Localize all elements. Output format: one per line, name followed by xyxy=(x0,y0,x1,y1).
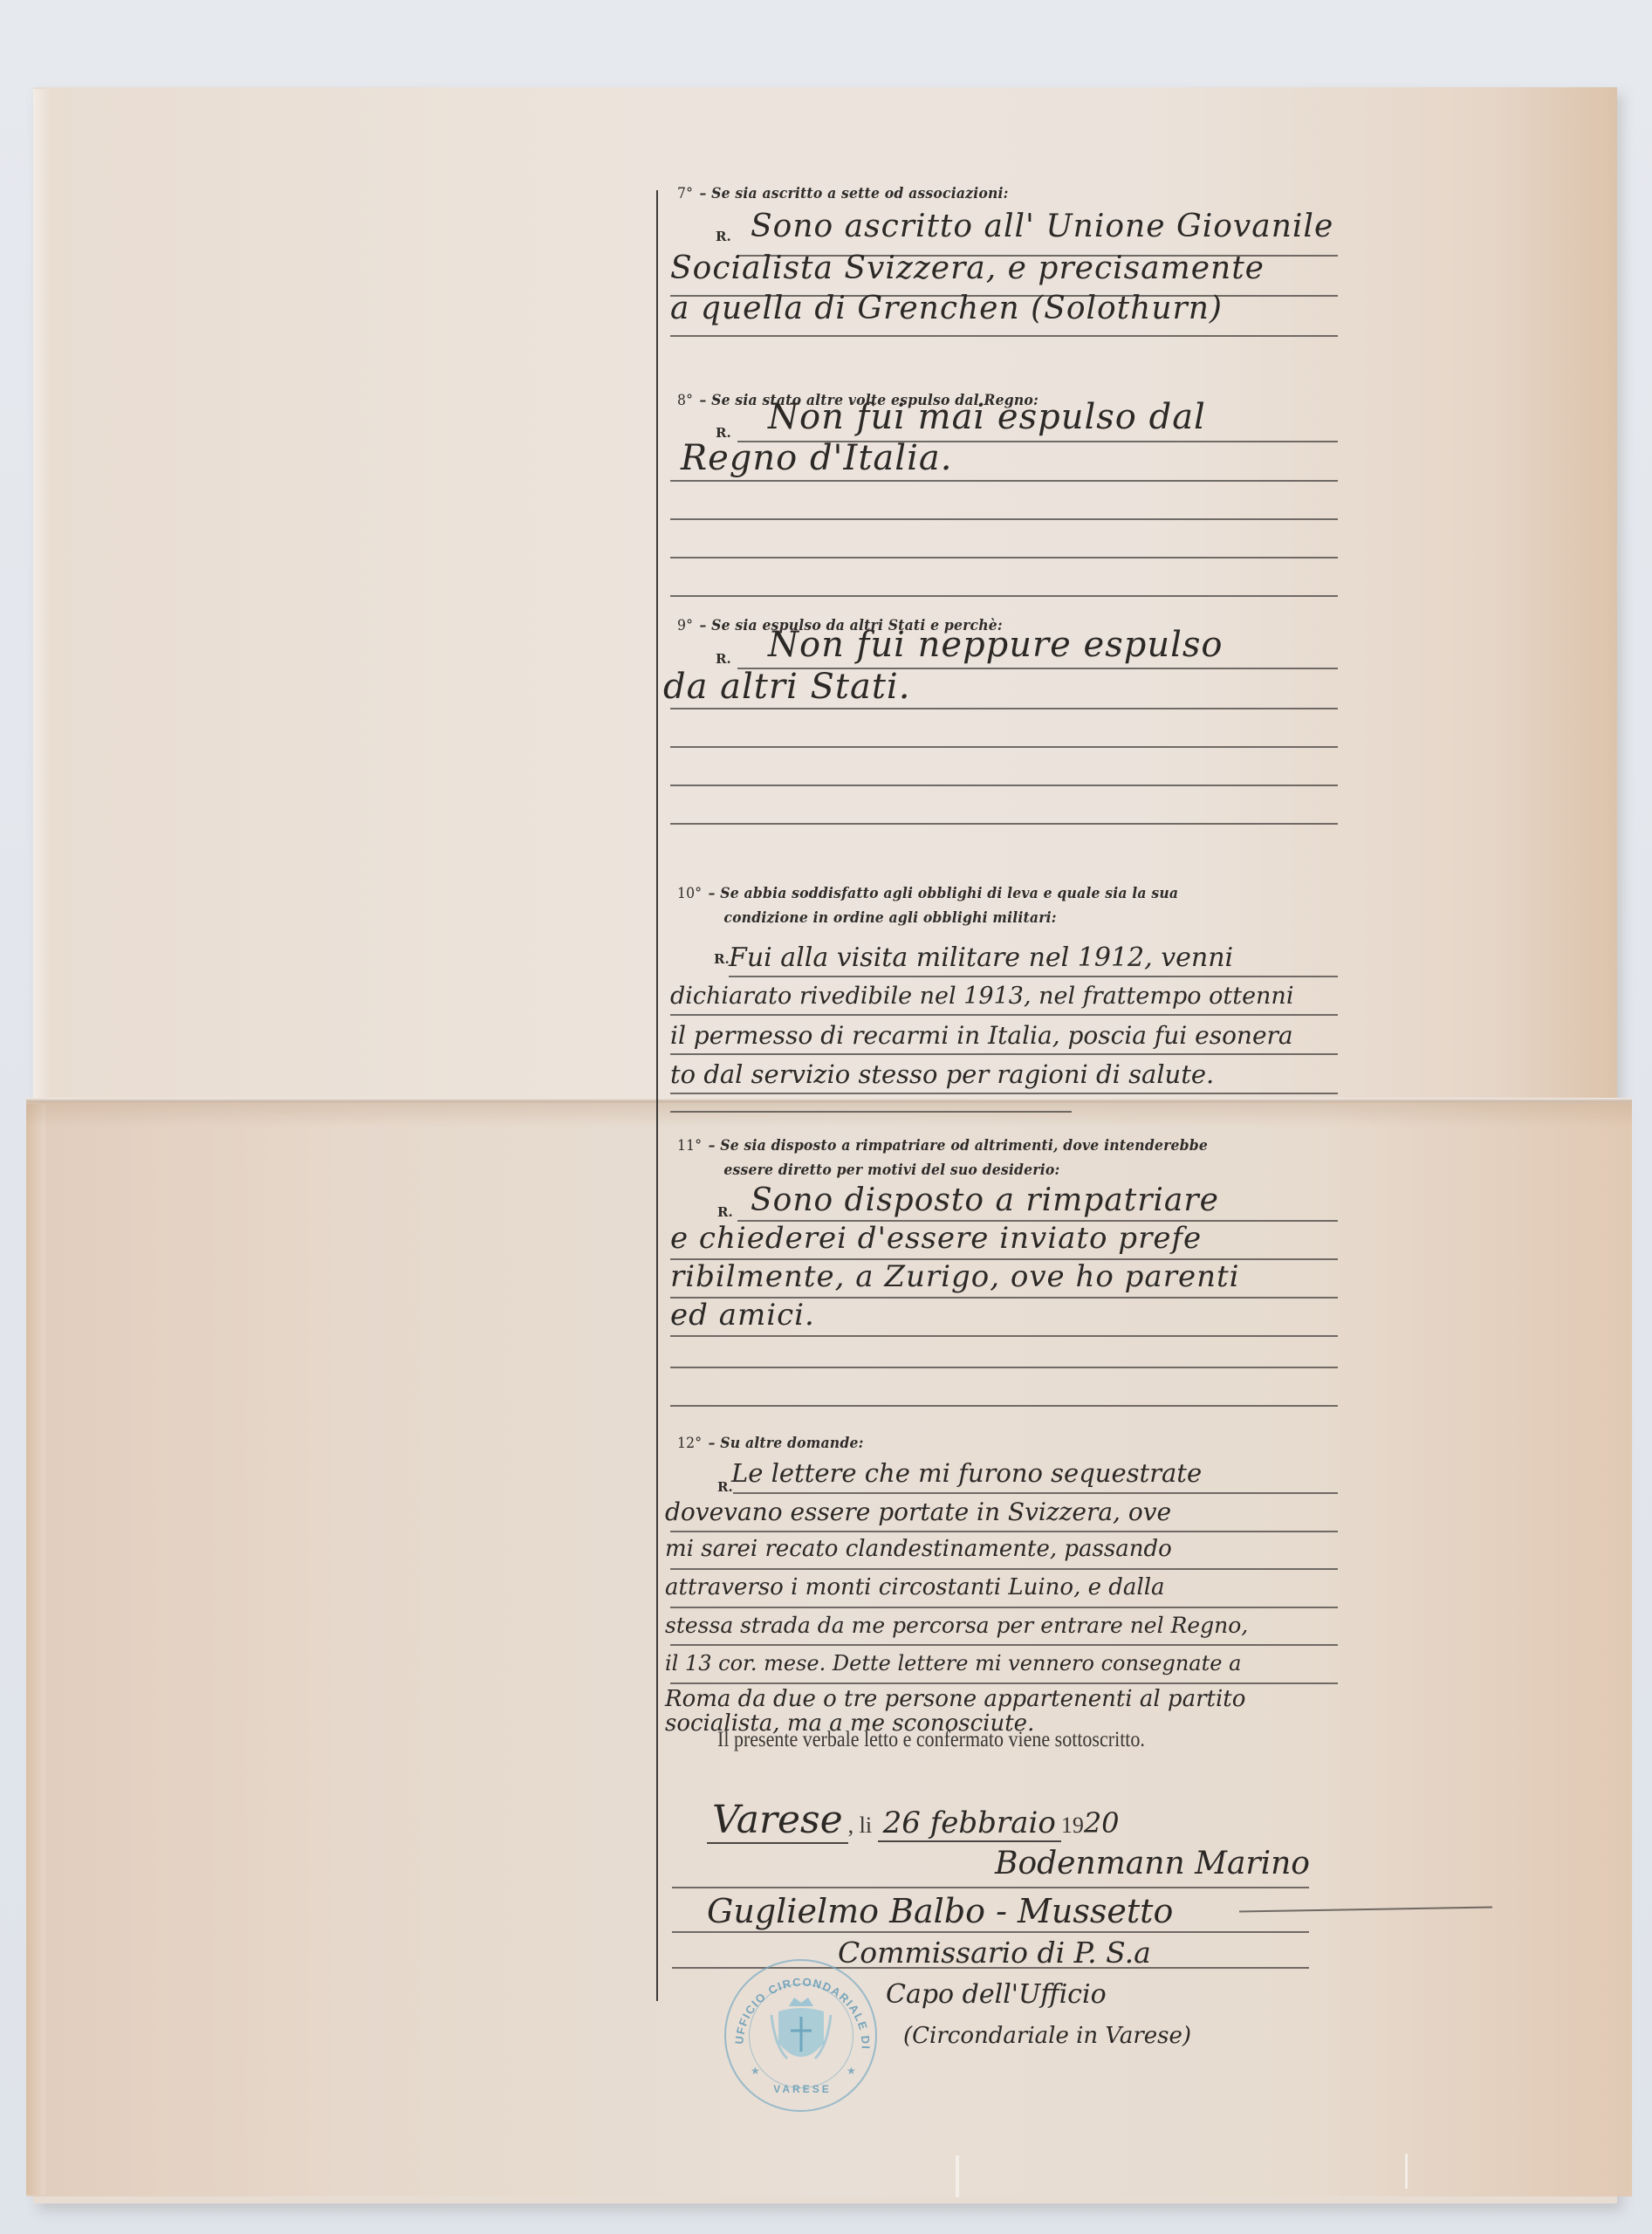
question-number: 10° xyxy=(677,885,702,902)
li-label: , li xyxy=(848,1813,872,1838)
official-stamp: UFFICIO CIRCONDARIALE DI P. S. ★ ★ VARES… xyxy=(724,1959,877,2112)
margin-rule xyxy=(656,190,658,2001)
question-12: 12°– Su altre domande: xyxy=(677,1431,864,1456)
officer-title: Commissario di P. S.a xyxy=(838,1936,1151,1970)
answer-line xyxy=(670,785,1338,786)
question-10: 10°– Se abbia soddisfatto agli obblighi … xyxy=(677,881,1178,930)
answer-marker: R. xyxy=(716,229,731,244)
closing-statement: Il presente verbale letto e confermato v… xyxy=(717,1728,1145,1752)
handwritten-answer-line: ed amici. xyxy=(670,1295,815,1336)
handwritten-answer-line: to dal servizio stesso per ragioni di sa… xyxy=(670,1054,1214,1095)
fold-shadow xyxy=(26,1101,1632,1127)
answer-line xyxy=(670,518,1338,520)
signature-officer: Guglielmo Balbo - Mussetto xyxy=(707,1892,1173,1930)
question-label: Se sia ascritto a sette od associazioni: xyxy=(711,185,1008,202)
handwritten-answer-line: Fui alla visita militare nel 1912, venni xyxy=(729,937,1233,978)
handwritten-answer-line: e chiederei d'essere inviato prefe xyxy=(670,1218,1202,1259)
date-handwritten: 26 febbraio xyxy=(878,1806,1061,1842)
year-suffix: 20 xyxy=(1084,1806,1120,1840)
stamp-city: VARESE xyxy=(726,2083,879,2095)
handwritten-answer-line: ribilmente, a Zurigo, ove ho parenti xyxy=(670,1257,1240,1298)
handwritten-answer-line: Socialista Svizzera, e precisamente xyxy=(670,248,1265,289)
question-7: 7°– Se sia ascritto a sette od associazi… xyxy=(677,182,1009,206)
coat-of-arms-icon xyxy=(770,1994,833,2073)
question-number: 8° xyxy=(677,392,693,409)
question-number: 12° xyxy=(677,1435,702,1452)
signature-line xyxy=(672,1887,1309,1888)
answer-line xyxy=(670,708,1338,709)
answer-line xyxy=(670,335,1338,337)
handwritten-answer-line: Non fui neppure espulso xyxy=(768,625,1224,666)
handwritten-answer-line: dovevano essere portate in Svizzera, ove xyxy=(665,1491,1171,1532)
handwritten-answer-line: a quella di Grenchen (Solothurn) xyxy=(670,288,1223,329)
question-number: 7° xyxy=(677,185,693,202)
place-handwritten: Varese xyxy=(707,1798,848,1844)
place-date-line: Varese, li 26 febbraio1920 xyxy=(707,1798,1120,1844)
svg-text:★: ★ xyxy=(847,2065,856,2077)
signature-line xyxy=(672,1931,1309,1933)
answer-line xyxy=(670,1367,1338,1368)
handwritten-answer-line: Sono disposto a rimpatriare xyxy=(751,1180,1219,1221)
question-label: Se sia disposto a rimpatriare od altrime… xyxy=(720,1137,1208,1155)
answer-line xyxy=(670,746,1338,748)
paper-tear xyxy=(956,2155,959,2197)
handwritten-answer-line: stessa strada da me percorsa per entrare… xyxy=(665,1605,1248,1646)
handwritten-answer-line: dichiarato rivedibile nel 1913, nel frat… xyxy=(670,976,1293,1017)
answer-marker: R. xyxy=(716,651,731,667)
answer-line xyxy=(670,557,1338,558)
answer-line xyxy=(670,1405,1338,1407)
question-number: 11° xyxy=(677,1137,702,1155)
handwritten-answer-line: Regno d'Italia. xyxy=(681,438,952,479)
question-label: Se abbia soddisfatto agli obblighi di le… xyxy=(720,885,1178,902)
handwritten-answer-line: Sono ascritto all' Unione Giovanile xyxy=(751,206,1333,247)
answer-marker: R. xyxy=(714,951,730,967)
question-label-continued: essere diretto per motivi del suo deside… xyxy=(677,1158,1208,1182)
answer-line xyxy=(670,1111,1072,1113)
answer-line xyxy=(670,595,1338,597)
question-number: 9° xyxy=(677,617,693,634)
year-prefix: 19 xyxy=(1061,1813,1084,1838)
answer-line xyxy=(670,823,1338,825)
officer-title: (Circondariale in Varese) xyxy=(903,2023,1191,2049)
answer-line xyxy=(670,480,1338,482)
question-label: Su altre domande: xyxy=(720,1435,863,1452)
handwritten-answer-line: Le lettere che mi furono sequestrate xyxy=(731,1453,1202,1494)
paper-edge xyxy=(26,1104,45,2195)
signature-declarant: Bodenmann Marino xyxy=(995,1846,1310,1881)
handwritten-answer-line: il 13 cor. mese. Dette lettere mi venner… xyxy=(665,1643,1241,1684)
officer-title: Capo dell'Ufficio xyxy=(886,1979,1107,2010)
svg-text:★: ★ xyxy=(751,2065,760,2077)
handwritten-answer-line: attraverso i monti circostanti Luino, e … xyxy=(665,1567,1165,1608)
handwritten-answer-line: mi sarei recato clandestinamente, passan… xyxy=(665,1529,1172,1570)
question-label-continued: condizione in ordine agli obblighi milit… xyxy=(677,906,1178,930)
handwritten-answer-line: il permesso di recarmi in Italia, poscia… xyxy=(670,1015,1293,1056)
paper-tear xyxy=(1405,2154,1408,2189)
question-11: 11°– Se sia disposto a rimpatriare od al… xyxy=(677,1134,1208,1182)
handwritten-answer-line: da altri Stati. xyxy=(663,667,910,708)
paper-edge xyxy=(33,89,51,1100)
handwritten-answer-line: Non fui mai espulso dal xyxy=(768,397,1206,438)
